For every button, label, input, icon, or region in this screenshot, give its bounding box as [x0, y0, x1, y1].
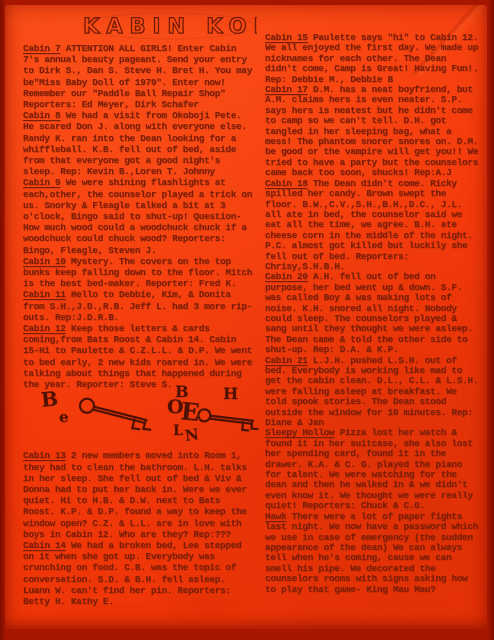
cabin-heading: Cabin 15	[265, 32, 308, 43]
cabin-heading: Cabin 10	[23, 256, 66, 267]
cabin-heading: Sleepy Hollow	[265, 427, 334, 438]
cabin-report: Cabin 12 Keep those letters & cards comi…	[23, 323, 257, 390]
key-doodle: B e B O E H L N	[23, 392, 257, 448]
cabin-report-text: L.J.H. pushed L.S.H. out of bed. Everybo…	[265, 355, 478, 428]
cabin-heading: Cabin 9	[23, 177, 60, 188]
doodle-letter: e	[59, 412, 68, 423]
cabin-report: Cabin 9 We were shining flashlights at e…	[23, 177, 257, 255]
cabin-report-text: The Dean didn't come. Ricky spilled her …	[265, 178, 473, 272]
cabin-heading: Hawk	[265, 511, 286, 522]
columns: KABIN KORN Cabin 7 ATTENTION ALL GIRLS! …	[5, 5, 487, 629]
title-lettering: KABIN KORN	[81, 11, 257, 41]
cabin-report-text: 2 new members moved into Room 1, they ha…	[23, 450, 247, 539]
doodle-letter: H	[223, 388, 238, 399]
cabin-report-text: We were shining flashlights at each,othe…	[23, 177, 252, 255]
left-column: KABIN KORN Cabin 7 ATTENTION ALL GIRLS! …	[23, 9, 257, 629]
cabin-heading: Cabin 7	[23, 43, 60, 54]
cabin-heading: Cabin 12	[23, 323, 66, 334]
right-column: Cabin 15 Paulette says "hi" to Cabin 12.…	[265, 9, 479, 629]
cabin-report: Cabin 18 The Dean didn't come. Ricky spi…	[265, 179, 479, 273]
cabin-heading: Cabin 21	[265, 355, 308, 366]
doodle-letter: B	[40, 393, 58, 406]
scanned-page: KABIN KORN Cabin 7 ATTENTION ALL GIRLS! …	[0, 0, 494, 640]
cabin-heading: Cabin 8	[23, 110, 60, 121]
cabin-heading: Cabin 18	[265, 178, 308, 189]
cabin-heading: Cabin 11	[23, 289, 66, 300]
cabin-report: Cabin 8 We had a visit from Okoboji Pete…	[23, 110, 257, 177]
cabin-report-text: A.H. fell out of bed on purpose, her bed…	[265, 271, 473, 355]
cabin-report: Cabin 10 Mystery. The covers on the top …	[23, 256, 257, 290]
cabin-heading: Cabin 13	[23, 450, 66, 461]
cabin-report: Cabin 20 A.H. fell out of bed on purpose…	[265, 272, 479, 355]
cabin-report: Cabin 14 We had a broken bed, Lee steppe…	[23, 540, 257, 607]
skeleton-key-icon	[194, 404, 262, 439]
cabin-report-text: There were a lot of paper fights last ni…	[265, 511, 478, 595]
cabin-report-text: D.M. has a neat boyfriend, but A.M. clai…	[265, 84, 478, 178]
page-title: KABIN KORN	[81, 11, 257, 41]
cabin-report: Sleepy Hollow Pizza lost her watch & fou…	[265, 428, 479, 511]
svg-text:KABIN KORN: KABIN KORN	[83, 14, 257, 38]
cabin-report: Cabin 21 L.J.H. pushed L.S.H. out of bed…	[265, 356, 479, 429]
cabin-report: Cabin 17 D.M. has a neat boyfriend, but …	[265, 85, 479, 179]
cabin-report: Cabin 11 Hello to Debbie, Kim, & Donita …	[23, 289, 257, 323]
cabin-report-text: Pizza lost her watch & found it in her s…	[265, 427, 473, 511]
cabin-heading: Cabin 17	[265, 84, 308, 95]
newsletter-paper: KABIN KORN Cabin 7 ATTENTION ALL GIRLS! …	[5, 5, 487, 629]
cabin-heading: Cabin 20	[265, 271, 308, 282]
cabin-heading: Cabin 14	[23, 540, 66, 551]
cabin-report: Cabin 15 Paulette says "hi" to Cabin 12.…	[265, 33, 479, 85]
doodle-letter: L	[173, 426, 183, 437]
cabin-report: Cabin 13 2 new members moved into Room 1…	[23, 450, 257, 540]
cabin-report: Cabin 7 ATTENTION ALL GIRLS! Enter Cabin…	[23, 43, 257, 110]
skeleton-key-icon	[73, 393, 161, 438]
cabin-report: Hawk There were a lot of paper fights la…	[265, 512, 479, 595]
